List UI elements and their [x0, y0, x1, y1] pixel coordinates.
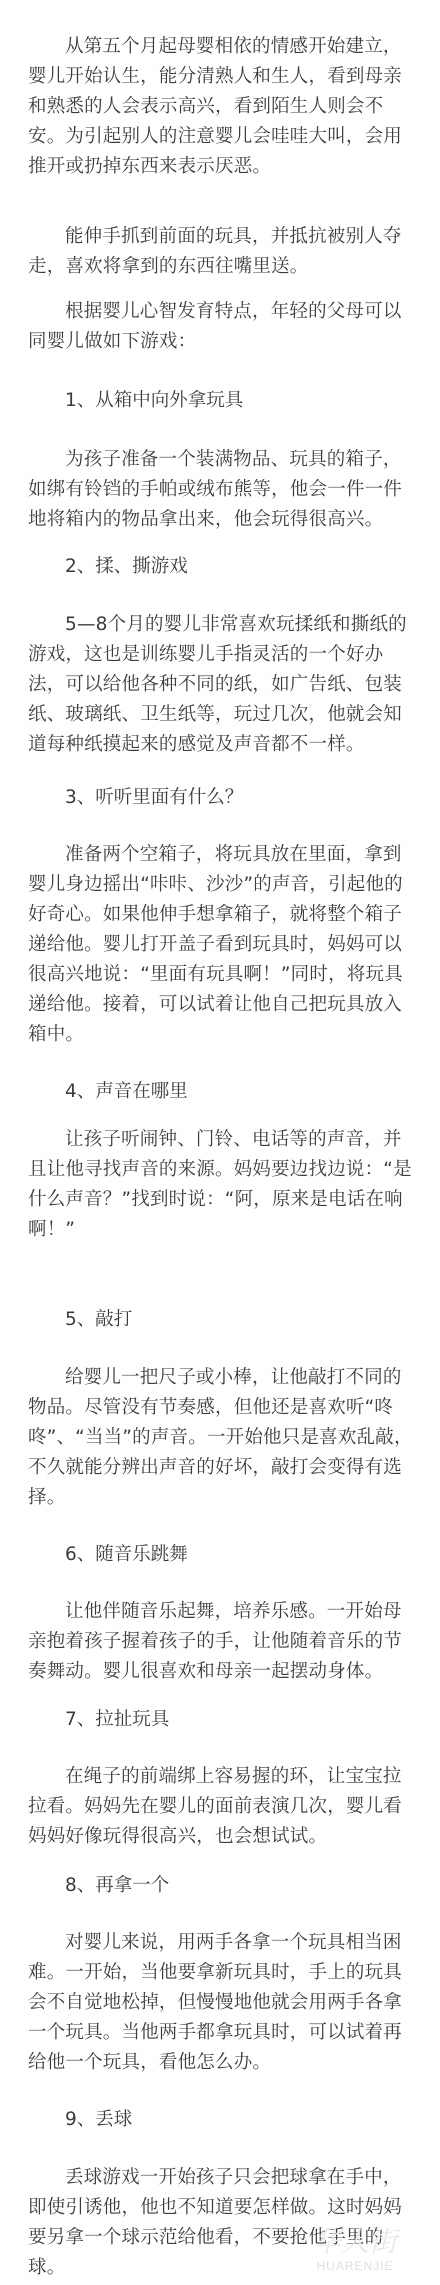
section-heading: 8、再拿一个 [28, 1871, 414, 1901]
paragraph: 对婴儿来说，用两手各拿一个玩具相当困难。一开始，当他要拿新玩具时，手上的玩具会不… [28, 1928, 414, 2078]
paragraph: 从第五个月起母婴相依的情感开始建立，婴儿开始认生，能分清熟人和生人，看到母亲和熟… [28, 32, 414, 182]
section-heading: 1、从箱中向外拿玩具 [28, 386, 414, 416]
watermark-logo-glyphs: 华人街 [290, 2225, 420, 2259]
section-heading: 2、揉、撕游戏 [28, 552, 414, 582]
paragraph: 5—8个月的婴儿非常喜欢玩揉纸和撕纸的游戏，这也是训练婴儿手指灵活的一个好办法，… [28, 610, 414, 760]
paragraph: 在绳子的前端绑上容易握的环，让宝宝拉拉看。妈妈先在婴儿的面前表演几次，婴儿看妈妈… [28, 1762, 414, 1852]
site-watermark: 华人街 HUARENJIE [290, 2225, 420, 2277]
section-heading: 4、声音在哪里 [28, 1077, 414, 1107]
section-heading: 9、丢球 [28, 2105, 414, 2135]
section-heading: 7、拉扯玩具 [28, 1705, 414, 1735]
paragraph: 给婴儿一把尺子或小棒，让他敲打不同的物品。尽管没有节奏感，但他还是喜欢听“咚咚”… [28, 1363, 414, 1513]
paragraph: 根据婴儿心智发育特点，年轻的父母可以同婴儿做如下游戏： [28, 297, 414, 357]
watermark-logo-latin: HUARENJIE [290, 2259, 420, 2273]
paragraph: 让他伴随音乐起舞，培养乐感。一开始母亲抱着孩子握着孩子的手，让他随着音乐的节奏舞… [28, 1597, 414, 1687]
paragraph: 让孩子听闹钟、门铃、电话等的声音，并且让他寻找声音的来源。妈妈要边找边说：“是什… [28, 1125, 414, 1245]
paragraph: 能伸手抓到前面的玩具，并抵抗被别人夺走，喜欢将拿到的东西往嘴里送。 [28, 222, 414, 282]
section-heading: 6、随音乐跳舞 [28, 1540, 414, 1570]
paragraph: 准备两个空箱子，将玩具放在里面，拿到婴儿身边摇出“咔咔、沙沙”的声音，引起他的好… [28, 840, 414, 1050]
section-heading: 3、听听里面有什么？ [28, 783, 414, 813]
section-heading: 5、敲打 [28, 1305, 414, 1335]
paragraph: 为孩子准备一个装满物品、玩具的箱子，如绑有铃铛的手帕或绒布熊等，他会一件一件地将… [28, 445, 414, 535]
